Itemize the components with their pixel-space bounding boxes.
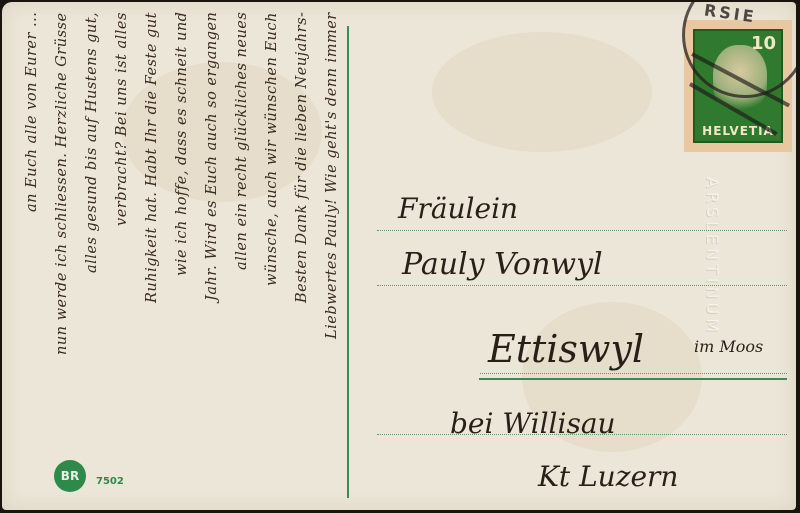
address-name: Pauly Vonwyl — [402, 247, 603, 282]
address-town: Ettiswyl — [488, 327, 644, 371]
message-line: allen ein recht glückliches neues — [234, 12, 250, 482]
message-line: wie ich hoffe, dass es schneit und — [174, 12, 190, 482]
publisher-logo: BR — [54, 460, 86, 492]
address-line-1 — [377, 230, 787, 231]
message-line: Jahr. Wird es Euch auch so ergangen — [204, 12, 220, 482]
address-line-3-underline — [479, 378, 787, 380]
address-line-2 — [377, 285, 787, 286]
address-locality: bei Willisau — [450, 407, 616, 440]
address-salutation: Fräulein — [398, 192, 518, 225]
address-line-3 — [480, 373, 787, 374]
postcard: Liebwertes Pauly! Wie geht's denn immer … — [2, 2, 796, 510]
embossed-text: ARSLENTINUM — [692, 177, 722, 397]
message-line: Besten Dank für die lieben Neujahrs- — [294, 12, 310, 482]
address-town-note: im Moos — [694, 337, 763, 356]
publisher-monogram: BR — [61, 469, 79, 483]
publisher-number: 7502 — [96, 476, 124, 487]
address-canton: Kt Luzern — [538, 460, 678, 493]
paper-stain — [432, 32, 652, 152]
message-line: verbracht? Bei uns ist alles — [114, 12, 130, 482]
message-line: Ruhigkeit hat. Habt Ihr die Feste gut — [144, 12, 160, 482]
message-line: Liebwertes Pauly! Wie geht's denn immer — [324, 12, 340, 482]
message-line: alles gesund bis auf Hustens gut, — [84, 12, 100, 482]
message-line: an Euch alle von Eurer ... — [24, 12, 40, 482]
center-divider — [347, 26, 349, 498]
message-line: nun werde ich schliessen. Herzliche Grüs… — [54, 12, 70, 482]
message-area: Liebwertes Pauly! Wie geht's denn immer … — [10, 12, 340, 497]
message-line: wünsche, auch wir wünschen Euch — [264, 12, 280, 482]
